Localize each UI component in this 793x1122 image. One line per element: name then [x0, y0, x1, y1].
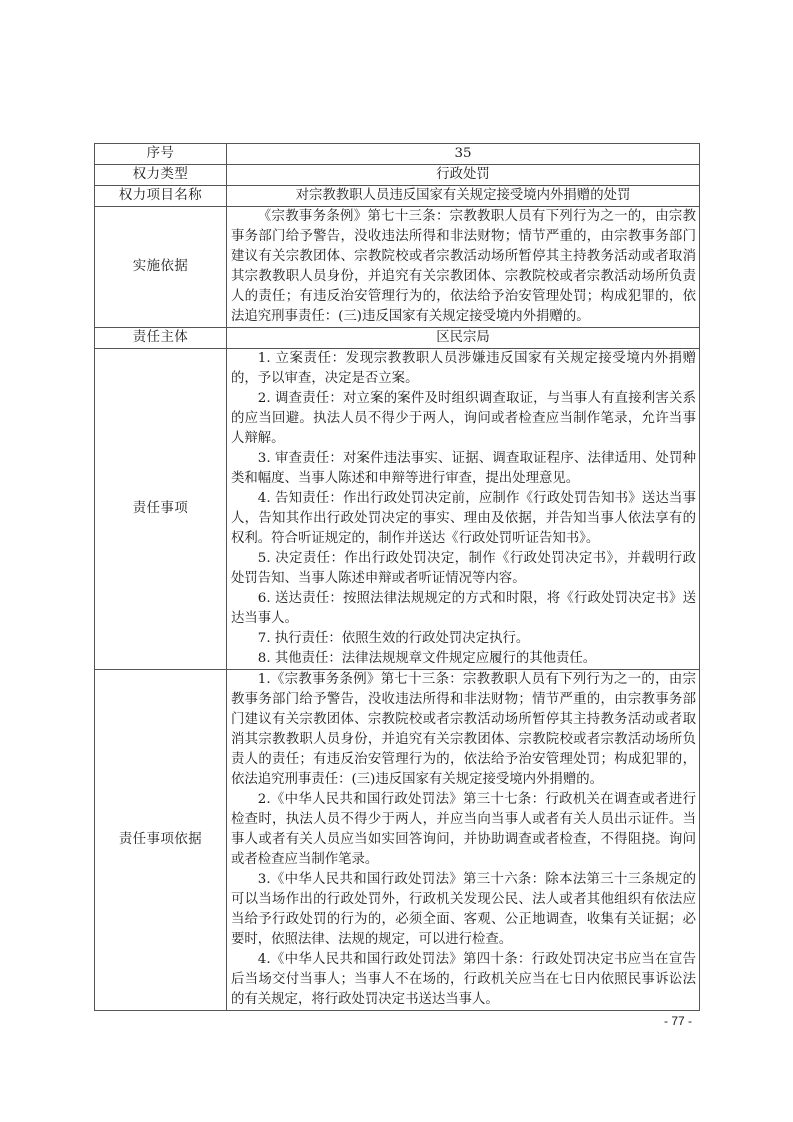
responsibility-item: 3. 审查责任：对案件违法事实、证据、调查取证程序、法律适用、处罚种类和幅度、当… [231, 449, 696, 489]
value-power-type: 行政处罚 [227, 165, 700, 186]
responsibility-basis-item: 4.《中华人民共和国行政处罚法》第四十条：行政处罚决定书应当在宣告后当场交付当事… [231, 950, 696, 1010]
responsibility-item: 8. 其他责任：法律法规规章文件规定应履行的其他责任。 [231, 649, 696, 669]
row-responsibilities: 责任事项 1. 立案责任：发现宗教教职人员涉嫌违反国家有关规定接受境内外捐赠的，… [95, 349, 700, 670]
row-power-type: 权力类型 行政处罚 [95, 165, 700, 186]
row-responsible-entity: 责任主体 区民宗局 [95, 328, 700, 349]
label-responsibilities: 责任事项 [95, 349, 227, 670]
row-power-item-name: 权力项目名称 对宗教教职人员违反国家有关规定接受境内外捐赠的处罚 [95, 186, 700, 207]
label-responsibility-basis: 责任事项依据 [95, 670, 227, 1011]
page-number: - 77 - [664, 1014, 692, 1028]
responsibility-item: 7. 执行责任：依照生效的行政处罚决定执行。 [231, 629, 696, 649]
value-power-item-name: 对宗教教职人员违反国家有关规定接受境内外捐赠的处罚 [227, 186, 700, 207]
responsibility-basis-item: 3.《中华人民共和国行政处罚法》第三十六条：除本法第三十三条规定的可以当场作出的… [231, 870, 696, 950]
label-power-type: 权力类型 [95, 165, 227, 186]
responsibility-item: 5. 决定责任：作出行政处罚决定，制作《行政处罚决定书》，并载明行政处罚告知、当… [231, 549, 696, 589]
label-implementation-basis: 实施依据 [95, 207, 227, 328]
label-power-item-name: 权力项目名称 [95, 186, 227, 207]
responsibility-basis-item: 2.《中华人民共和国行政处罚法》第三十七条：行政机关在调查或者进行检查时，执法人… [231, 790, 696, 870]
row-serial-number: 序号 35 [95, 144, 700, 165]
responsibility-item: 6. 送达责任：按照法律法规规定的方式和时限，将《行政处罚决定书》送达当事人。 [231, 589, 696, 629]
responsibility-item: 2. 调查责任：对立案的案件及时组织调查取证，与当事人有直接利害关系的应当回避。… [231, 389, 696, 449]
value-responsible-entity: 区民宗局 [227, 328, 700, 349]
label-responsible-entity: 责任主体 [95, 328, 227, 349]
basis-paragraph: 《宗教事务条例》第七十三条：宗教教职人员有下列行为之一的，由宗教事务部门给予警告… [231, 207, 696, 327]
value-implementation-basis: 《宗教事务条例》第七十三条：宗教教职人员有下列行为之一的，由宗教事务部门给予警告… [227, 207, 700, 328]
value-responsibility-basis: 1.《宗教事务条例》第七十三条：宗教教职人员有下列行为之一的，由宗教事务部门给予… [227, 670, 700, 1011]
value-serial-number: 35 [227, 144, 700, 165]
responsibility-item: 1. 立案责任：发现宗教教职人员涉嫌违反国家有关规定接受境内外捐赠的，予以审查，… [231, 349, 696, 389]
row-implementation-basis: 实施依据 《宗教事务条例》第七十三条：宗教教职人员有下列行为之一的，由宗教事务部… [95, 207, 700, 328]
row-responsibility-basis: 责任事项依据 1.《宗教事务条例》第七十三条：宗教教职人员有下列行为之一的，由宗… [95, 670, 700, 1011]
responsibility-basis-item: 1.《宗教事务条例》第七十三条：宗教教职人员有下列行为之一的，由宗教事务部门给予… [231, 670, 696, 790]
value-responsibilities: 1. 立案责任：发现宗教教职人员涉嫌违反国家有关规定接受境内外捐赠的，予以审查，… [227, 349, 700, 670]
label-serial-number: 序号 [95, 144, 227, 165]
responsibility-item: 4. 告知责任：作出行政处罚决定前，应制作《行政处罚告知书》送达当事人，告知其作… [231, 489, 696, 549]
power-item-table: 序号 35 权力类型 行政处罚 权力项目名称 对宗教教职人员违反国家有关规定接受… [94, 143, 700, 1011]
